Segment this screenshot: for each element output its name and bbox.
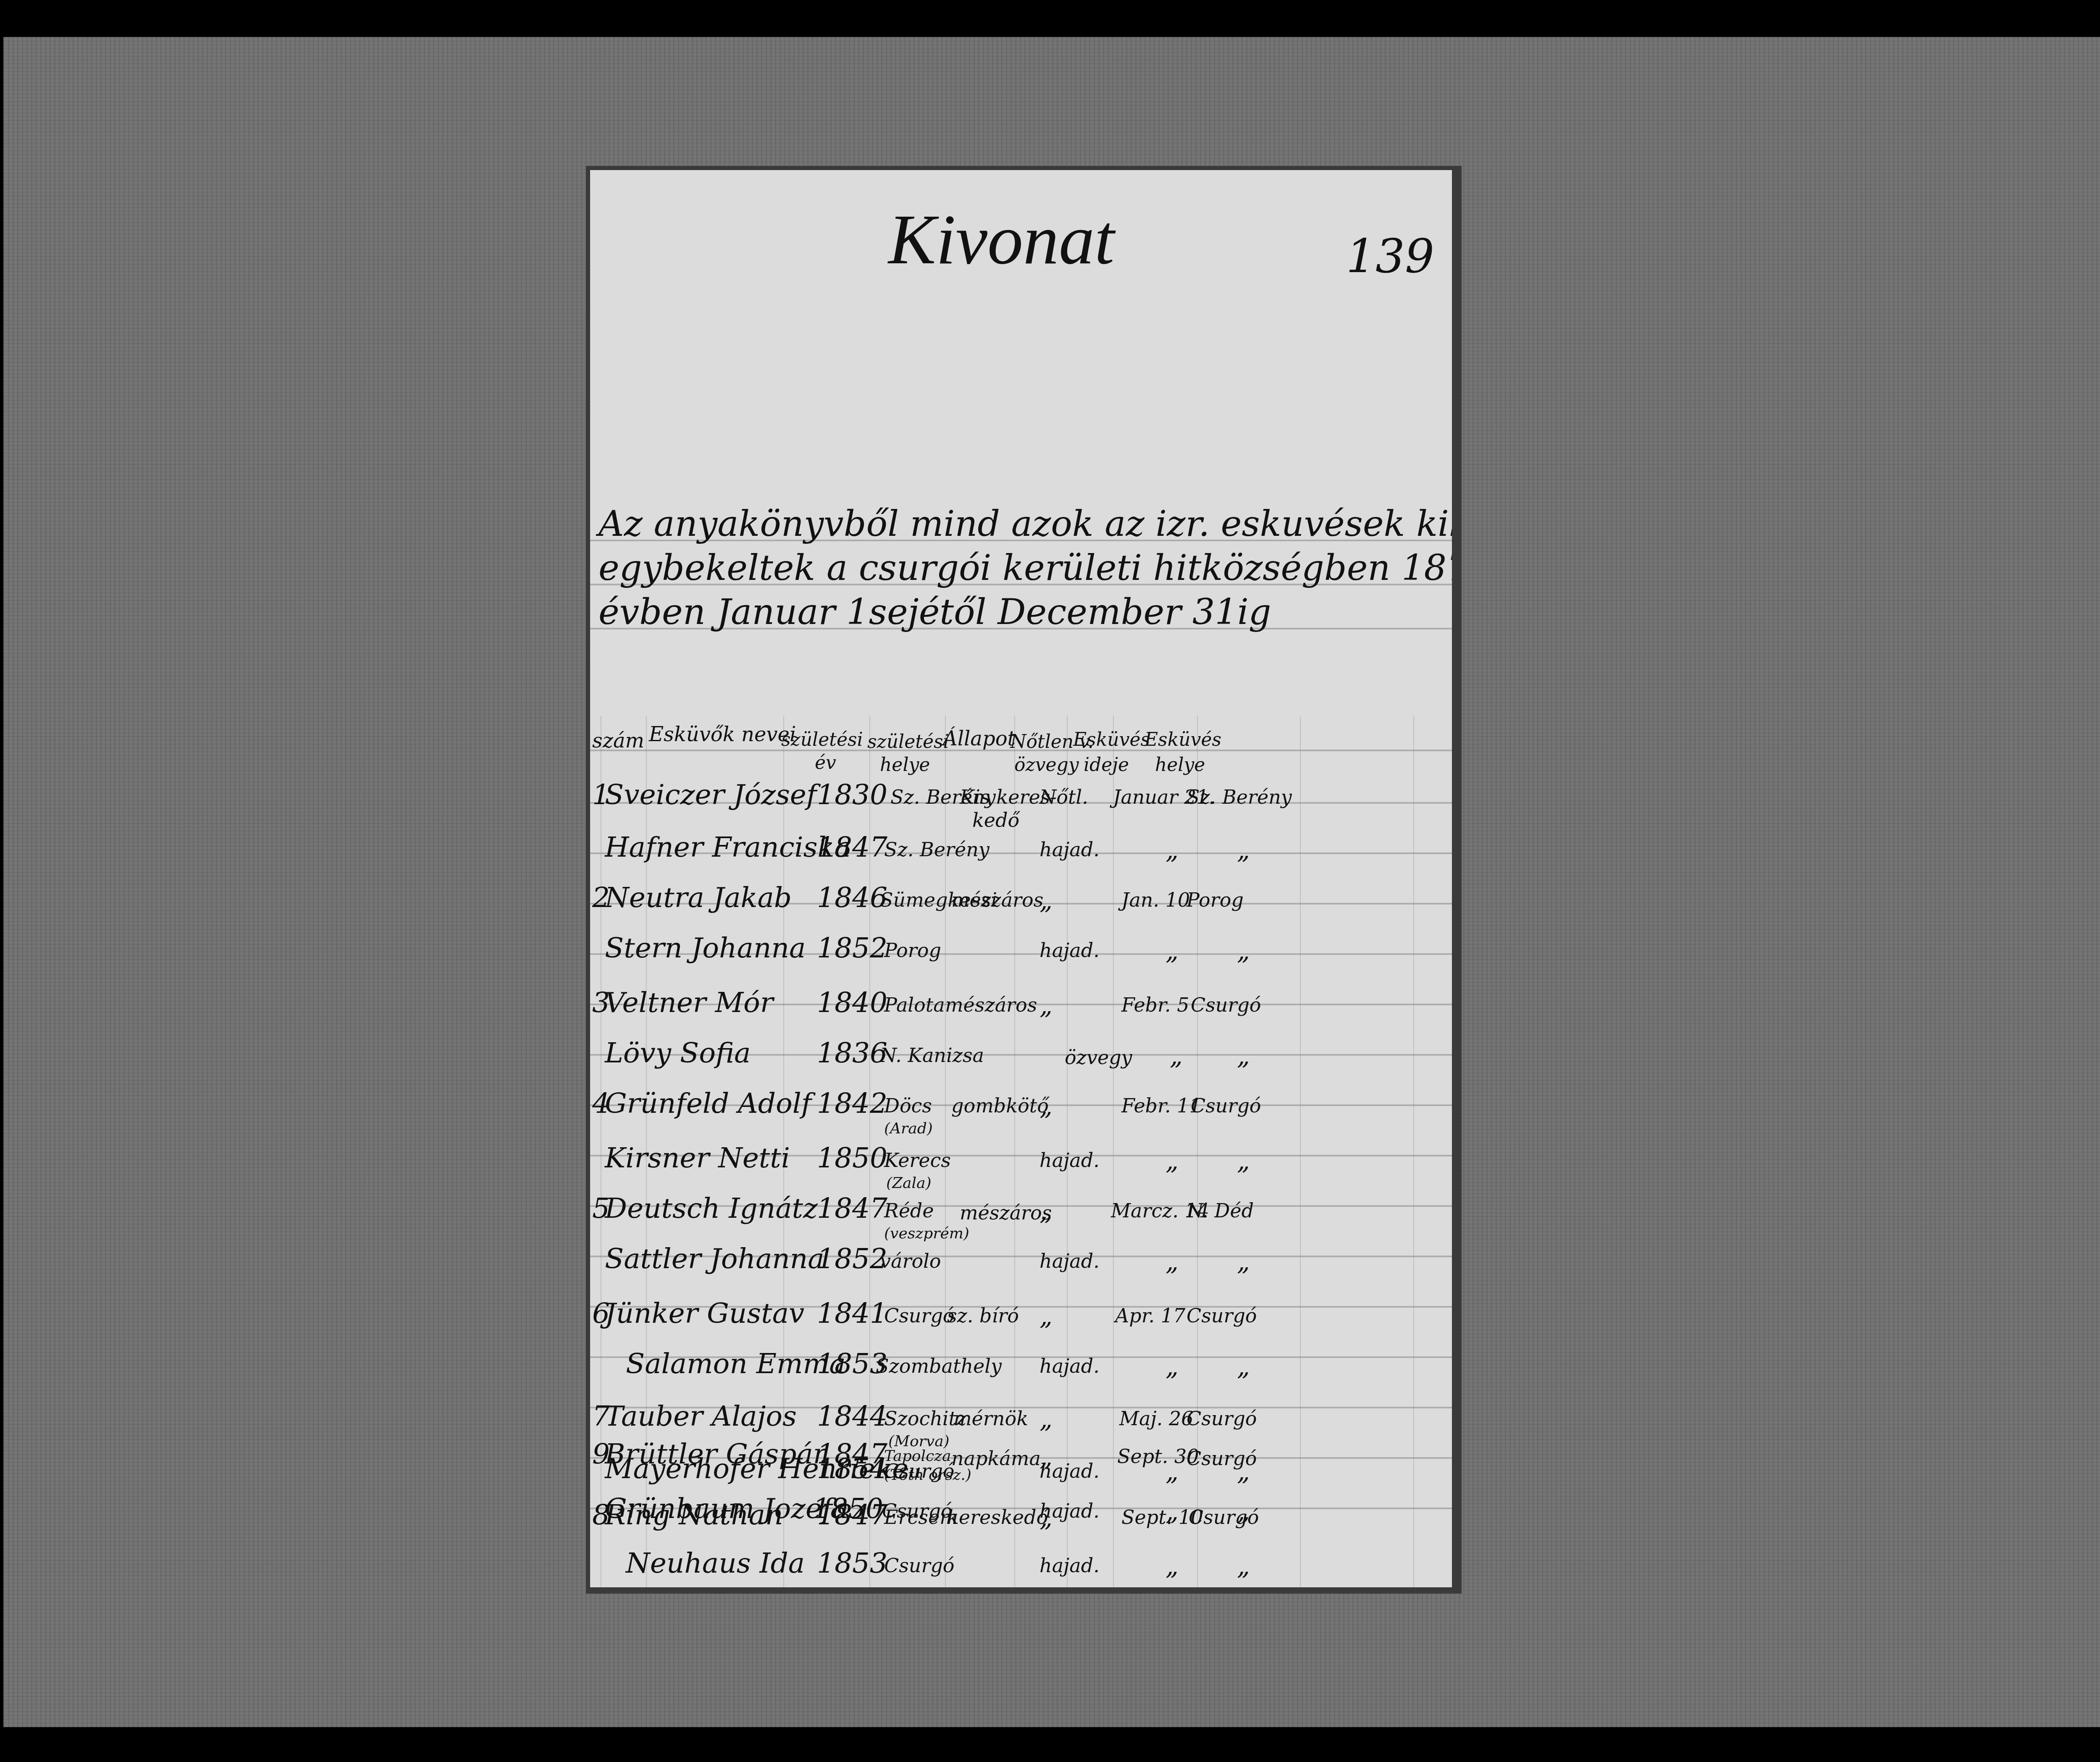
document-title: Kivonat [888,204,1114,275]
ditto-mark: „ [1170,1044,1183,1069]
header-wedding-place: Esküvés [1144,731,1221,749]
groom-birth-place-note: (veszprém) [884,1226,969,1241]
bride-birth-place: Csurgó [884,1556,955,1575]
wedding-place: Csurgó [1186,1409,1257,1428]
bride-status: özvegy [1065,1048,1132,1067]
intro-line-3: évben Januar 1sejétől December 31ig [598,594,1271,629]
wedding-place: Csurgó [1186,1449,1257,1468]
groom-name: Deutsch Ignátz [605,1195,818,1222]
bride-status: hajad. [1039,1251,1100,1271]
groom-birth-place: Csurgó [884,1306,955,1325]
bride-birth-place: Szombathely [876,1356,1002,1376]
header-birth-place-2: helye [880,756,930,774]
groom-birth-year: 1841 [817,1300,887,1327]
bride-status: hajad. [1039,1356,1100,1376]
groom-occupation: sz. bíró [947,1306,1019,1325]
bride-status: hajad. [1039,1556,1100,1575]
wedding-place: Csurgó [1191,995,1261,1015]
bride-status: hajad. [1039,1151,1100,1170]
groom-status: „ [1039,888,1053,913]
header-wedding-date: Esküvés [1073,731,1150,749]
bride-name: Grünbaum Jozefa [605,1495,849,1523]
bride-birth-place: Porog [884,941,941,960]
column-rule [1300,716,1301,1587]
bride-birth-place-note: (Zala) [886,1176,932,1191]
wedding-date: Febr. 5 [1121,995,1189,1015]
bride-birth-year: 1836 [817,1039,887,1067]
groom-occupation: napkáma [951,1449,1041,1468]
ditto-mark: „ [1237,838,1250,863]
bride-birth-place: N. Kanizsa [880,1046,984,1065]
bride-birth-place: Csurgó [882,1501,953,1521]
groom-birth-place-note: (Arad) [884,1121,933,1136]
groom-status: „ [1039,1199,1053,1224]
bride-birth-year: 1852 [817,934,887,962]
groom-status: „ [1039,993,1053,1018]
groom-name: Sveiczer József [605,781,816,809]
ditto-mark: „ [1165,1499,1179,1524]
bride-birth-year: 1850 [813,1495,883,1523]
bride-name: Kirsner Netti [605,1144,790,1172]
ditto-mark: „ [1165,1354,1179,1379]
bride-status: hajad. [1039,941,1100,960]
groom-occupation: mészáros [945,995,1037,1015]
ditto-mark: „ [1165,1148,1179,1174]
groom-occupation: mészáros [960,1203,1052,1222]
groom-birth-year: 1847 [817,1440,887,1468]
header-names: Esküvők nevei [649,724,796,745]
bride-name: Lövy Sofia [605,1039,751,1067]
bride-birth-place: Sz. Berény [884,840,990,859]
bride-name: Stern Johanna [605,934,806,962]
groom-birth-year: 1840 [817,989,887,1017]
bride-birth-place: várolo [880,1251,941,1271]
header-birth-place: születési [867,733,949,751]
groom-birth-place: Döcs [884,1096,932,1115]
wedding-date: Jan. 10 [1121,890,1190,910]
groom-occupation: kereskedő [947,1508,1048,1527]
groom-name: Jünker Gustav [605,1300,804,1327]
bride-status: hajad. [1039,840,1100,859]
header-occupation: Állapot [943,729,1016,749]
groom-birth-place: Réde [884,1201,934,1220]
ditto-mark: „ [1237,1354,1250,1379]
ditto-mark: „ [1165,838,1179,863]
groom-status: Nőtl. [1039,787,1088,807]
header-num: szám [592,731,644,751]
ditto-mark: „ [1237,939,1250,964]
ditto-mark: „ [1165,1554,1179,1579]
intro-line-1: Az anyakönyvből mind azok az izr. eskuvé… [598,506,1452,541]
groom-occupation: mészáros [951,890,1043,910]
groom-birth-place: Tapolcza [884,1449,951,1464]
groom-birth-year: 1847 [817,1195,887,1222]
wedding-place: Csurgó [1191,1096,1261,1115]
ditto-mark: „ [1237,1554,1250,1579]
bride-status: hajad. [1039,1501,1100,1521]
groom-birth-year: 1846 [817,884,887,912]
header-birth-year: születési [781,731,863,749]
page-number: 139 [1346,233,1434,279]
ditto-mark: „ [1237,1044,1250,1069]
wedding-date: Apr. 17 [1115,1306,1185,1325]
wedding-place: Csurgó [1186,1306,1257,1325]
ditto-mark: „ [1165,939,1179,964]
ditto-mark: „ [1237,1249,1250,1274]
bride-birth-year: 1850 [817,1144,887,1172]
header-birth-year-2: év [815,754,836,772]
header-status-2: özvegy [1014,756,1079,774]
groom-birth-year: 1844 [817,1403,887,1430]
bride-name: Hafner Franciska [605,834,851,861]
groom-status: „ [1039,1094,1053,1119]
groom-birth-place-note: (Morva) [888,1434,950,1449]
groom-name: Brüttler Gáspár [605,1440,826,1468]
groom-birth-place-note: (Toth orsz.) [884,1468,971,1483]
bride-birth-year: 1852 [817,1245,887,1273]
groom-occupation: gombkötő [951,1096,1049,1115]
ditto-mark: „ [1237,1148,1250,1174]
header-wedding-date-2: ideje [1084,756,1129,774]
groom-occupation-2: kedő [972,810,1019,830]
wedding-place: Porog [1186,890,1244,910]
bride-name: Neuhaus Ida [626,1550,805,1577]
groom-name: Grünfeld Adolf [605,1090,811,1117]
column-rule [1113,716,1114,1587]
wedding-place: Sz. Berény [1186,787,1292,807]
bride-name: Salamon Emma [626,1350,846,1378]
wedding-place: N. Déd [1186,1201,1254,1220]
groom-occupation: mérnök [953,1409,1028,1428]
groom-birth-year: 1842 [817,1090,887,1117]
ditto-mark: „ [1165,1249,1179,1274]
bride-name: Sattler Johanna [605,1245,824,1273]
bride-birth-place: Kerecs [884,1151,951,1170]
groom-status: „ [1039,1445,1053,1470]
groom-birth-place: Palota [884,995,945,1015]
column-rule [1413,716,1414,1587]
bride-birth-year: 1853 [817,1550,887,1577]
document-page: Kivonat 139 Az anyakönyvből mind azok az… [590,170,1452,1587]
groom-status: „ [1039,1407,1053,1432]
ditto-mark: „ [1237,1499,1250,1524]
groom-name: Veltner Mór [605,989,773,1017]
intro-line-2: egybekeltek a csurgói kerületi hitközség… [598,550,1452,585]
groom-name: Tauber Alajos [605,1403,797,1430]
groom-status: „ [1039,1304,1053,1329]
header-wedding-place-2: helye [1155,756,1205,774]
groom-name: Neutra Jakab [605,884,792,912]
bride-birth-year: 1847 [817,834,887,861]
wedding-date: Febr. 11 [1121,1096,1202,1115]
groom-birth-year: 1830 [817,781,887,809]
wedding-date: Maj. 26 [1119,1409,1194,1428]
